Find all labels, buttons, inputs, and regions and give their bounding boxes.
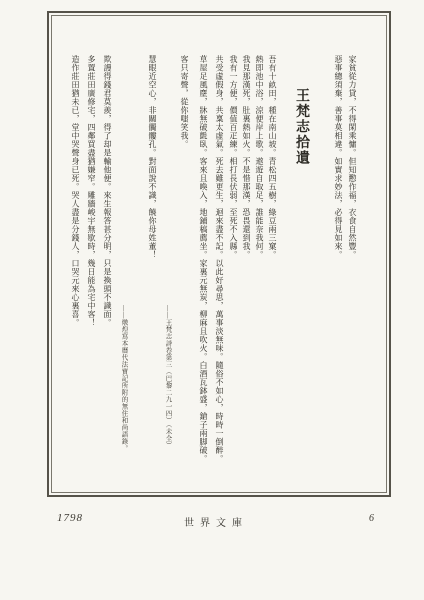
poem-column: 造作莊田猶未已，堂中哭聲身已死。哭人盡是分錢人，口哭元來心裏喜。 [71, 55, 79, 327]
scanned-book-page: 家貧從力貸，不得閑乘慵。但知懃作福，衣食自然豐。 惡事總須棄，善事莫相違。如實求… [0, 0, 424, 600]
poem-column: 我有一方便，價值百疋練。相打長伏弱，至死不入縣。 [229, 55, 237, 259]
poem-column: 熱即池中浴，涼便岸上歌。遨遊自取足，誰能奈我何。 [255, 55, 263, 259]
poem-column: 草屋足風塵，牀無破氈臥。客來且喚入，地鋪稿薦坐。家裏元無炭，柳麻且吹火。白酒瓦鉢… [199, 55, 207, 463]
section-title: 王梵志拾遺 [294, 88, 308, 166]
poem-column: 吾有十畝田，種在南山坡。青松四五樹，綠豆兩三窠。 [268, 55, 276, 259]
poem-column: 客只寄聲，從你嗤笑我。 [180, 55, 188, 149]
poem-column: 惡事總須棄，善事莫相違。如實求妙法，必得見如來。 [334, 55, 342, 259]
poem-column: 共受虛假身，共稟太虛氣。死去雖更生，迴來盡不記。以此好尋思，萬事淡無味。隨俗不如… [215, 55, 223, 463]
collation-number: 6 [369, 513, 374, 524]
series-title: 世界文庫 [184, 514, 248, 529]
source-attribution: ——燉煌寫本曆代法寶記所附的無住和尚語錄。 [120, 305, 127, 452]
poem-column: 欺謾得錢君莫羨，得了却是輸他便。來生報答甚分明，只是換頭不識面。 [103, 55, 111, 327]
poem-column: 慧眼近空心，非關髑髏孔。對面說不識，饒你母姓董！ [148, 55, 156, 259]
poem-column: 多置莊田廣修宅，四鄰買盡猶嫌窄。雕牆峻宇無歇時，幾日能為宅中客！ [87, 55, 95, 327]
poem-column: 家貧從力貸，不得閑乘慵。但知懃作福，衣食自然豐。 [348, 55, 356, 259]
page-number: 1798 [57, 512, 83, 524]
poem-column: 我見那漢死，肚裏熱如火。不是惜那漢，恐畏還到我。 [242, 55, 250, 259]
source-attribution: ——王梵志詩卷第三（巴黎二九一四）（未全） [164, 305, 171, 449]
